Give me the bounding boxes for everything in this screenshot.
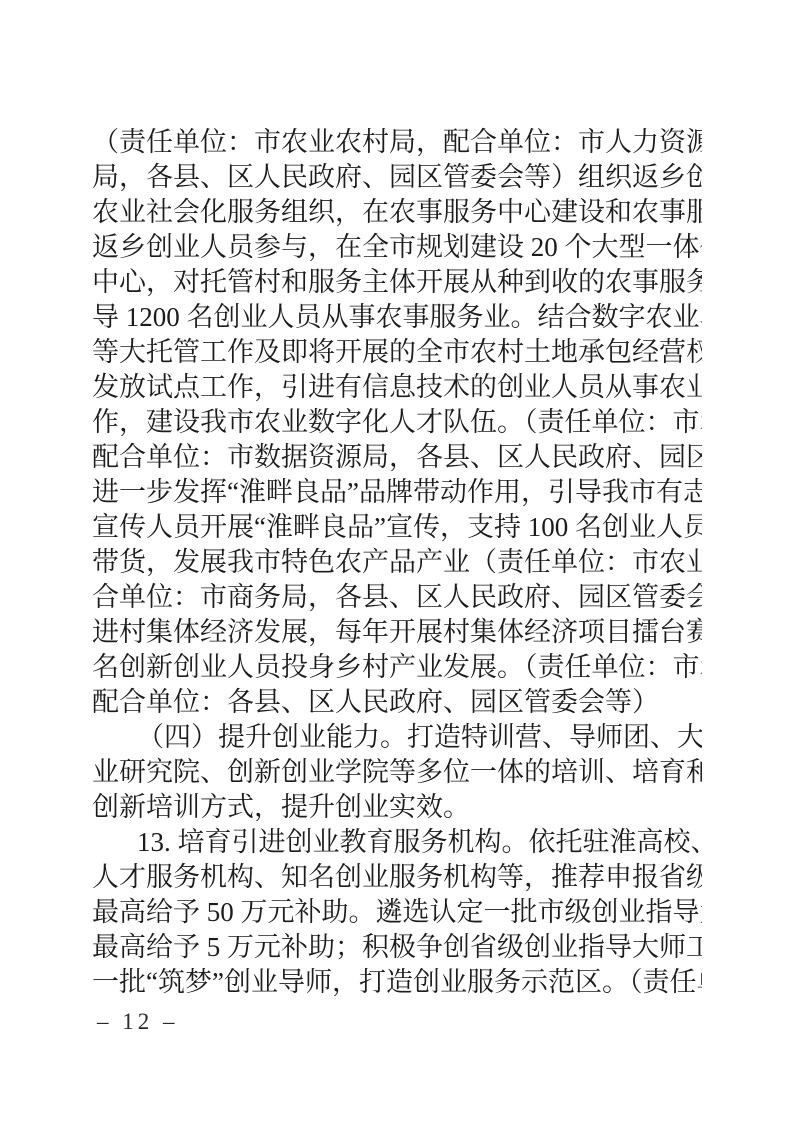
document-body-text: （责任单位：市农业农村局，配合单位：市人力资源和社会保障 局，各县、区人民政府、… — [92, 125, 702, 1000]
text-line: 业研究院、创新创业学院等多位一体的培训、培育和服务体系， — [92, 755, 702, 790]
text-line: 农业社会化服务组织，在农事服务中心建设和农事服务方面引入 — [92, 195, 702, 230]
section-heading-line: （四）提升创业能力。打造特训营、导师团、大赛路演、创 — [92, 720, 702, 755]
text-line: 配合单位：市数据资源局，各县、区人民政府、园区管委会等） — [92, 440, 702, 475]
text-line: 发放试点工作，引进有信息技术的创业人员从事农业数字化工 — [92, 370, 702, 405]
text-line: 配合单位：各县、区人民政府、园区管委会等） — [92, 685, 702, 720]
text-line: 创新培训方式，提升创业实效。 — [92, 790, 702, 825]
page-number: – 12 – — [97, 1008, 179, 1036]
text-line: （责任单位：市农业农村局，配合单位：市人力资源和社会保障 — [92, 125, 702, 160]
text-line: 进村集体经济发展，每年开展村集体经济项目擂台赛，鼓励 100 — [92, 615, 702, 650]
document-page: （责任单位：市农业农村局，配合单位：市人力资源和社会保障 局，各县、区人民政府、… — [0, 0, 793, 1122]
text-line: 一批“筑梦”创业导师，打造创业服务示范区。（责任单位：市 — [92, 965, 702, 1000]
text-line: 作，建设我市农业数字化人才队伍。（责任单位：市农业农村局， — [92, 405, 702, 440]
text-line: 返乡创业人员参与，在全市规划建设 20 个大型一体化农事服务 — [92, 230, 702, 265]
text-line: 导 1200 名创业人员从事农事服务业。结合数字农业、规模经营 — [92, 300, 702, 335]
text-line: 等大托管工作及即将开展的全市农村土地承包经营权电子证照 — [92, 335, 702, 370]
text-line: 名创新创业人员投身乡村产业发展。（责任单位：市农业农村局， — [92, 650, 702, 685]
text-line: 最高给予 50 万元补助。遴选认定一批市级创业指导大师工作室， — [92, 895, 702, 930]
text-line: 带货，发展我市特色农产品产业（责任单位：市农业农村局，配 — [92, 545, 702, 580]
numbered-item-line: 13. 培育引进创业教育服务机构。依托驻淮高校、公共就业 — [92, 825, 702, 860]
text-line: 宣传人员开展“淮畔良品”宣传，支持 100 名创业人员开展视频 — [92, 510, 702, 545]
text-line: 最高给予 5 万元补助；积极争创省级创业指导大师工作室，招募 — [92, 930, 702, 965]
text-line: 合单位：市商务局，各县、区人民政府、园区管委会等）深入推 — [92, 580, 702, 615]
text-line: 中心，对托管村和服务主体开展从种到收的农事服务，三年内引 — [92, 265, 702, 300]
text-line: 进一步发挥“淮畔良品”品牌带动作用，引导我市有志于农产品 — [92, 475, 702, 510]
text-line: 局，各县、区人民政府、园区管委会等）组织返乡创业人员创建 — [92, 160, 702, 195]
text-line: 人才服务机构、知名创业服务机构等，推荐申报省级创业研究院， — [92, 860, 702, 895]
